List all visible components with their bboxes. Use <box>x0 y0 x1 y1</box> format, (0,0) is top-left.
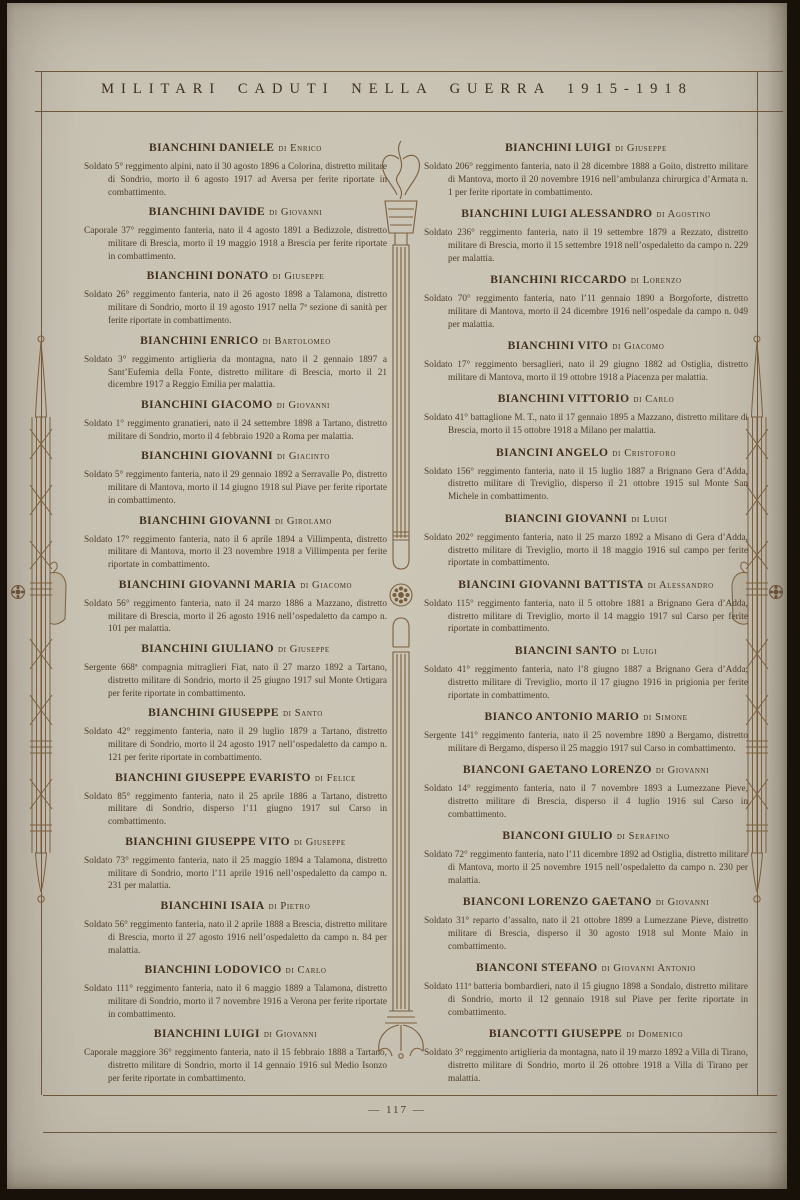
entry-text: Soldato 70° reggimento fanteria, nato l’… <box>424 293 748 331</box>
memorial-entry-11: BIANCHINI GIUSEPPE EVARISTO di Felice So… <box>84 768 387 829</box>
soldier-father-name: di Giovanni <box>277 400 330 411</box>
entry-heading: BIANCHINI LODOVICO di Carlo <box>84 960 387 978</box>
entry-heading: BIANCHINI GIULIANO di Giuseppe <box>84 639 387 657</box>
soldier-father-name: di Carlo <box>286 965 327 976</box>
soldier-name: BIANCHINI RICCARDO <box>490 274 627 286</box>
soldier-father-name: di Giuseppe <box>273 271 325 282</box>
entry-heading: BIANCHINI VITTORIO di Carlo <box>424 389 748 407</box>
soldier-father-name: di Carlo <box>633 394 674 405</box>
soldier-father-name: di Luigi <box>631 514 667 525</box>
soldier-name: BIANCHINI GIUSEPPE VITO <box>125 836 290 848</box>
entry-heading: BIANCHINI GIACOMO di Giovanni <box>84 395 387 413</box>
entry-heading: BIANCHINI LUIGI di Giovanni <box>84 1024 387 1042</box>
soldier-name: BIANCONI STEFANO <box>476 962 598 974</box>
page-number: — 117 — <box>7 1104 787 1116</box>
memorial-entry-7: BIANCHINI GIOVANNI di Girolamo Soldato 1… <box>84 511 387 572</box>
memorial-entry-10: BIANCO ANTONIO MARIO di Simone Sergente … <box>424 707 748 756</box>
entry-text: Soldato 236° reggimento fanteria, nato i… <box>424 227 748 265</box>
entry-heading: BIANCHINI ISAIA di Pietro <box>84 896 387 914</box>
memorial-entry-4: BIANCHINI ENRICO di Bartolomeo Soldato 3… <box>84 331 387 392</box>
entry-text: Soldato 3° reggimento artiglieria da mon… <box>424 1047 748 1085</box>
soldier-father-name: di Giacinto <box>277 451 330 462</box>
soldier-father-name: di Felice <box>315 773 356 784</box>
entry-heading: BIANCHINI GIUSEPPE di Santo <box>84 703 387 721</box>
soldier-father-name: di Giovanni <box>264 1029 317 1040</box>
soldier-name: BIANCHINI GIACOMO <box>141 399 273 411</box>
page-edge-shadow <box>767 3 787 1189</box>
page-title: MILITARI CADUTI NELLA GUERRA 1915-1918 <box>7 81 787 98</box>
soldier-name: BIANCHINI LUIGI ALESSANDRO <box>461 208 652 220</box>
soldier-name: BIANCONI GAETANO LORENZO <box>463 764 652 776</box>
soldier-father-name: di Alessandro <box>648 580 714 591</box>
entry-text: Sergente 141° reggimento fanteria, nato … <box>424 730 748 756</box>
entry-text: Soldato 5° reggimento fanteria, nato il … <box>84 469 387 507</box>
soldier-father-name: di Agostino <box>656 209 710 220</box>
entry-heading: BIANCINI ANGELO di Cristoforo <box>424 443 748 461</box>
entry-text: Soldato 56° reggimento fanteria, nato il… <box>84 919 387 957</box>
entry-text: Soldato 111° reggimento fanteria, nato i… <box>84 983 387 1021</box>
entry-text: Soldato 26° reggimento fanteria, nato il… <box>84 289 387 327</box>
entry-text: Soldato 31° reparto d’assalto, nato il 2… <box>424 915 748 953</box>
soldier-name: BIANCONI LORENZO GAETANO <box>463 896 652 908</box>
right-column: BIANCHINI LUIGI di Giuseppe Soldato 206°… <box>424 138 748 1086</box>
entry-heading: BIANCHINI GIOVANNI di Giacinto <box>84 446 387 464</box>
soldier-father-name: di Giovanni <box>656 897 709 908</box>
soldier-father-name: di Giacomo <box>612 341 664 352</box>
memorial-entry-2: BIANCHINI DAVIDE di Giovanni Caporale 37… <box>84 202 387 263</box>
bottom-rule-upper <box>43 1095 777 1096</box>
book-page: MILITARI CADUTI NELLA GUERRA 1915-1918 <box>7 3 787 1189</box>
entry-text: Soldato 17° reggimento fanteria, nato il… <box>84 534 387 572</box>
entry-text: Soldato 17° reggimento bersaglieri, nato… <box>424 359 748 385</box>
soldier-father-name: di Giovanni <box>656 765 709 776</box>
entry-text: Caporale maggiore 36° reggimento fanteri… <box>84 1047 387 1085</box>
soldier-name: BIANCHINI ISAIA <box>161 900 265 912</box>
entry-text: Soldato 206° reggimento fanteria, nato i… <box>424 161 748 199</box>
memorial-entry-13: BIANCHINI ISAIA di Pietro Soldato 56° re… <box>84 896 387 957</box>
entry-text: Soldato 5° reggimento alpini, nato il 30… <box>84 161 387 199</box>
soldier-father-name: di Serafino <box>617 831 670 842</box>
memorial-entry-12: BIANCHINI GIUSEPPE VITO di Giuseppe Sold… <box>84 832 387 893</box>
soldier-father-name: di Giuseppe <box>278 644 330 655</box>
soldier-name: BIANCHINI VITTORIO <box>498 393 630 405</box>
soldier-name: BIANCINI GIOVANNI <box>505 513 628 525</box>
soldier-father-name: di Luigi <box>621 646 657 657</box>
soldier-father-name: di Giacomo <box>300 580 352 591</box>
soldier-name: BIANCHINI GIOVANNI MARIA <box>119 579 296 591</box>
soldier-name: BIANCHINI LODOVICO <box>144 964 281 976</box>
soldier-father-name: di Giuseppe <box>294 837 346 848</box>
soldier-father-name: di Giovanni <box>269 207 322 218</box>
fasces-left-icon <box>15 333 67 918</box>
entry-heading: BIANCHINI VITO di Giacomo <box>424 336 748 354</box>
entry-text: Soldato 72° reggimento fanteria, nato l’… <box>424 849 748 887</box>
soldier-name: BIANCHINI DANIELE <box>149 142 274 154</box>
memorial-entry-14: BIANCONI STEFANO di Giovanni Antonio Sol… <box>424 958 748 1019</box>
soldier-father-name: di Pietro <box>269 901 311 912</box>
soldier-name: BIANCHINI DONATO <box>147 270 269 282</box>
entry-heading: BIANCHINI GIOVANNI MARIA di Giacomo <box>84 575 387 593</box>
soldier-father-name: di Giovanni Antonio <box>602 963 696 974</box>
entry-heading: BIANCHINI RICCARDO di Lorenzo <box>424 270 748 288</box>
memorial-entry-6: BIANCHINI GIOVANNI di Giacinto Soldato 5… <box>84 446 387 507</box>
memorial-entry-5: BIANCHINI VITTORIO di Carlo Soldato 41° … <box>424 389 748 438</box>
entry-text: Soldato 115° reggimento fanteria, nato i… <box>424 598 748 636</box>
entry-text: Soldato 41° reggimento fanteria, nato l’… <box>424 664 748 702</box>
memorial-entry-10: BIANCHINI GIUSEPPE di Santo Soldato 42° … <box>84 703 387 764</box>
entry-text: Soldato 73° reggimento fanteria, nato il… <box>84 855 387 893</box>
entry-text: Soldato 111ª batteria bombardieri, nato … <box>424 981 748 1019</box>
soldier-name: BIANCINI GIOVANNI BATTISTA <box>458 579 644 591</box>
soldier-father-name: di Bartolomeo <box>263 336 331 347</box>
entry-text: Soldato 56° reggimento fanteria, nato il… <box>84 598 387 636</box>
soldier-father-name: di Girolamo <box>275 516 332 527</box>
memorial-entry-2: BIANCHINI LUIGI ALESSANDRO di Agostino S… <box>424 204 748 265</box>
memorial-entry-8: BIANCINI GIOVANNI BATTISTA di Alessandro… <box>424 575 748 636</box>
soldier-name: BIANCHINI DAVIDE <box>149 206 265 218</box>
entry-text: Soldato 3° reggimento artiglieria da mon… <box>84 354 387 392</box>
entry-text: Soldato 85° reggimento fanteria, nato il… <box>84 791 387 829</box>
memorial-entry-4: BIANCHINI VITO di Giacomo Soldato 17° re… <box>424 336 748 385</box>
soldier-father-name: di Santo <box>283 708 323 719</box>
entry-heading: BIANCHINI ENRICO di Bartolomeo <box>84 331 387 349</box>
entry-heading: BIANCHINI GIOVANNI di Girolamo <box>84 511 387 529</box>
memorial-entry-6: BIANCINI ANGELO di Cristoforo Soldato 15… <box>424 443 748 504</box>
soldier-name: BIANCHINI GIOVANNI <box>139 515 271 527</box>
entry-heading: BIANCONI STEFANO di Giovanni Antonio <box>424 958 748 976</box>
bottom-rule-lower <box>43 1132 777 1133</box>
edge-rosette-left-icon <box>9 583 27 601</box>
memorial-entry-9: BIANCINI SANTO di Luigi Soldato 41° regg… <box>424 641 748 702</box>
soldier-name: BIANCHINI GIUSEPPE <box>148 707 279 719</box>
entry-heading: BIANCO ANTONIO MARIO di Simone <box>424 707 748 725</box>
entry-text: Soldato 156° reggimento fanteria, nato i… <box>424 466 748 504</box>
memorial-entry-1: BIANCHINI LUIGI di Giuseppe Soldato 206°… <box>424 138 748 199</box>
soldier-father-name: di Domenico <box>626 1029 683 1040</box>
entry-text: Soldato 41° battaglione M. T., nato il 1… <box>424 412 748 438</box>
memorial-entry-15: BIANCHINI LUIGI di Giovanni Caporale mag… <box>84 1024 387 1085</box>
memorial-entry-11: BIANCONI GAETANO LORENZO di Giovanni Sol… <box>424 760 748 821</box>
page-bottom-shadow <box>7 1163 787 1189</box>
photo-backdrop: { "title": "MILITARI CADUTI NELLA GUERRA… <box>0 0 800 1200</box>
soldier-name: BIANCHINI GIOVANNI <box>141 450 273 462</box>
soldier-father-name: di Cristoforo <box>612 448 676 459</box>
soldier-name: BIANCHINI GIUSEPPE EVARISTO <box>115 772 311 784</box>
entry-heading: BIANCHINI LUIGI ALESSANDRO di Agostino <box>424 204 748 222</box>
soldier-name: BIANCINI SANTO <box>515 645 617 657</box>
memorial-entry-9: BIANCHINI GIULIANO di Giuseppe Sergente … <box>84 639 387 700</box>
entry-heading: BIANCINI GIOVANNI di Luigi <box>424 509 748 527</box>
entry-heading: BIANCONI LORENZO GAETANO di Giovanni <box>424 892 748 910</box>
entry-heading: BIANCONI GIULIO di Serafino <box>424 826 748 844</box>
entry-text: Soldato 1° reggimento granatieri, nato i… <box>84 418 387 444</box>
soldier-name: BIANCINI ANGELO <box>496 447 608 459</box>
memorial-entry-8: BIANCHINI GIOVANNI MARIA di Giacomo Sold… <box>84 575 387 636</box>
entry-heading: BIANCOTTI GIUSEPPE di Domenico <box>424 1024 748 1042</box>
memorial-entry-12: BIANCONI GIULIO di Serafino Soldato 72° … <box>424 826 748 887</box>
entry-heading: BIANCHINI GIUSEPPE EVARISTO di Felice <box>84 768 387 786</box>
soldier-name: BIANCONI GIULIO <box>502 830 612 842</box>
soldier-name: BIANCHINI ENRICO <box>140 335 259 347</box>
soldier-name: BIANCHINI GIULIANO <box>141 643 274 655</box>
entry-heading: BIANCONI GAETANO LORENZO di Giovanni <box>424 760 748 778</box>
memorial-entry-15: BIANCOTTI GIUSEPPE di Domenico Soldato 3… <box>424 1024 748 1085</box>
entry-heading: BIANCHINI DAVIDE di Giovanni <box>84 202 387 220</box>
memorial-entry-3: BIANCHINI DONATO di Giuseppe Soldato 26°… <box>84 266 387 327</box>
entry-text: Caporale 37° reggimento fanteria, nato i… <box>84 225 387 263</box>
soldier-name: BIANCO ANTONIO MARIO <box>485 711 640 723</box>
entry-heading: BIANCHINI LUIGI di Giuseppe <box>424 138 748 156</box>
entry-heading: BIANCHINI DONATO di Giuseppe <box>84 266 387 284</box>
memorial-entry-1: BIANCHINI DANIELE di Enrico Soldato 5° r… <box>84 138 387 199</box>
entry-text: Soldato 14° reggimento fanteria, nato il… <box>424 783 748 821</box>
soldier-name: BIANCHINI VITO <box>508 340 609 352</box>
memorial-entry-3: BIANCHINI RICCARDO di Lorenzo Soldato 70… <box>424 270 748 331</box>
memorial-entry-7: BIANCINI GIOVANNI di Luigi Soldato 202° … <box>424 509 748 570</box>
memorial-entry-13: BIANCONI LORENZO GAETANO di Giovanni Sol… <box>424 892 748 953</box>
soldier-name: BIANCOTTI GIUSEPPE <box>489 1028 622 1040</box>
entry-heading: BIANCINI GIOVANNI BATTISTA di Alessandro <box>424 575 748 593</box>
entry-text: Sergente 668ª compagnia mitraglieri Fiat… <box>84 662 387 700</box>
top-rule-upper <box>35 71 783 72</box>
top-rule-lower <box>35 111 783 112</box>
soldier-father-name: di Simone <box>643 712 687 723</box>
left-column: BIANCHINI DANIELE di Enrico Soldato 5° r… <box>84 138 387 1086</box>
entry-heading: BIANCHINI GIUSEPPE VITO di Giuseppe <box>84 832 387 850</box>
entry-heading: BIANCINI SANTO di Luigi <box>424 641 748 659</box>
entry-heading: BIANCHINI DANIELE di Enrico <box>84 138 387 156</box>
soldier-father-name: di Enrico <box>278 143 322 154</box>
soldier-father-name: di Giuseppe <box>615 143 667 154</box>
entry-text: Soldato 42° reggimento fanteria, nato il… <box>84 726 387 764</box>
memorial-entry-5: BIANCHINI GIACOMO di Giovanni Soldato 1°… <box>84 395 387 444</box>
soldier-name: BIANCHINI LUIGI <box>505 142 611 154</box>
entry-text: Soldato 202° reggimento fanteria, nato i… <box>424 532 748 570</box>
memorial-entry-14: BIANCHINI LODOVICO di Carlo Soldato 111°… <box>84 960 387 1021</box>
soldier-name: BIANCHINI LUIGI <box>154 1028 260 1040</box>
soldier-father-name: di Lorenzo <box>631 275 682 286</box>
